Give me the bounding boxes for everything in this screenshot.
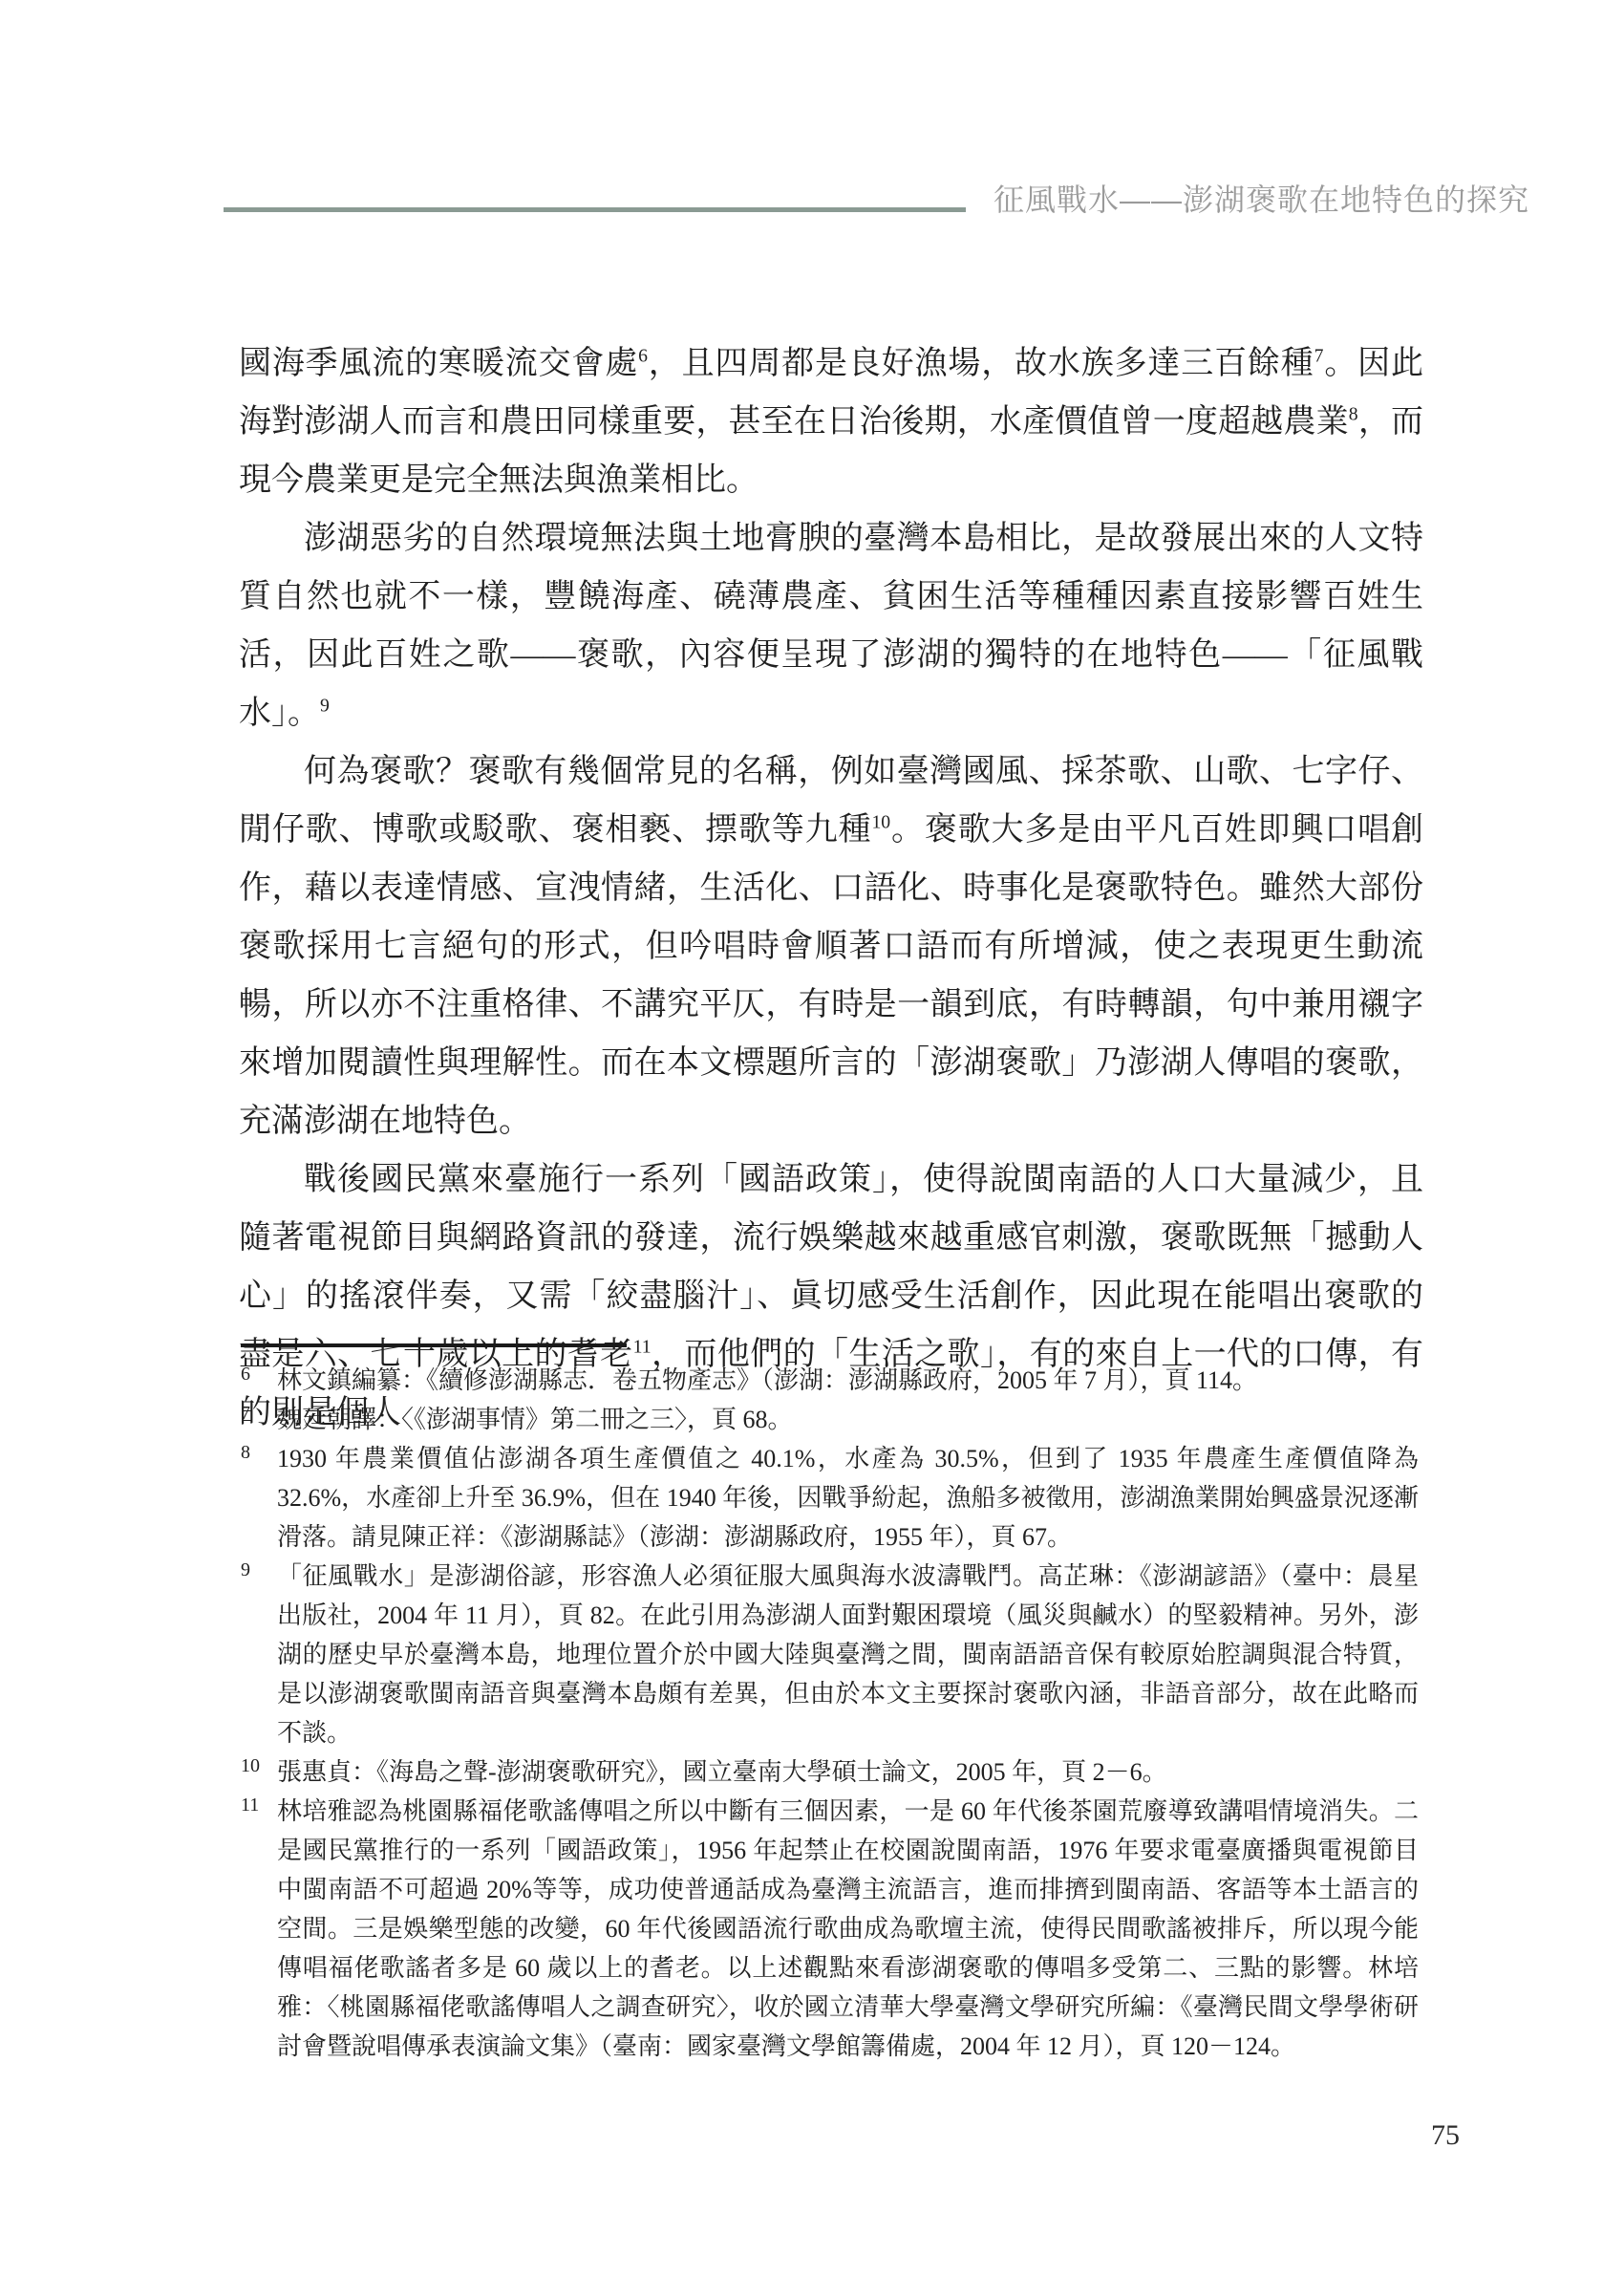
footnote-reference: 6 — [638, 346, 648, 367]
footnote-text: 魏廷朝譯：〈《澎湖事情》第二冊之三〉，頁 68。 — [277, 1406, 793, 1433]
footnote-reference: 9 — [320, 696, 330, 717]
footnote-text: 林培雅認為桃園縣福佬歌謠傳唱之所以中斷有三個因素，一是 60 年代後茶園荒廢導致… — [277, 1797, 1419, 2060]
footnote: 6林文鎮編纂：《續修澎湖縣志．卷五物產志》（澎湖：澎湖縣政府，2005 年 7 … — [239, 1361, 1419, 1400]
page-number: 75 — [1431, 2119, 1460, 2152]
footnote-number: 11 — [241, 1786, 259, 1825]
footnote-number: 10 — [241, 1747, 260, 1786]
paragraph-text: ，且四周都是良好漁場，故水族多達三百餘種 — [648, 346, 1314, 381]
document-page: 征風戰水——澎湖褒歌在地特色的探究 國海季風流的寒暖流交會處6，且四周都是良好漁… — [0, 0, 1624, 2278]
body-text: 國海季風流的寒暖流交會處6，且四周都是良好漁場，故水族多達三百餘種7。因此海對澎… — [239, 334, 1423, 1442]
footnote-number: 6 — [241, 1355, 250, 1394]
paragraph-text: 國海季風流的寒暖流交會處 — [239, 346, 638, 381]
running-head-title: 征風戰水——澎湖褒歌在地特色的探究 — [994, 176, 1490, 220]
footnote: 10張惠貞：《海島之聲-澎湖褒歌研究》，國立臺南大學碩士論文，2005 年，頁 … — [239, 1752, 1419, 1792]
footnote-number: 9 — [241, 1551, 250, 1590]
footnote-separator — [241, 1343, 627, 1347]
footnote: 9「征風戰水」是澎湖俗諺，形容漁人必須征服大風與海水波濤戰鬥。高芷琳：《澎湖諺語… — [239, 1557, 1419, 1752]
footnote-text: 1930 年農業價值佔澎湖各項生產價值之 40.1%，水產為 30.5%，但到了… — [277, 1445, 1419, 1551]
footnote-number: 7 — [241, 1394, 250, 1433]
footnotes-block: 6林文鎮編纂：《續修澎湖縣志．卷五物產志》（澎湖：澎湖縣政府，2005 年 7 … — [239, 1361, 1419, 2066]
paragraph: 國海季風流的寒暖流交會處6，且四周都是良好漁場，故水族多達三百餘種7。因此海對澎… — [239, 334, 1423, 509]
paragraph-text: 。褒歌大多是由平凡百姓即興口唱創作，藉以表達情感、宣洩情緒，生活化、口語化、時事… — [239, 812, 1423, 1139]
paragraph-text: 澎湖惡劣的自然環境無法與土地膏腴的臺灣本島相比，是故發展出來的人文特質自然也就不… — [239, 521, 1423, 731]
paragraph: 何為褒歌？褒歌有幾個常見的名稱，例如臺灣國風、採茶歌、山歌、七字仔、閒仔歌、博歌… — [239, 742, 1423, 1150]
footnote-reference: 7 — [1314, 346, 1324, 367]
footnote-text: 林文鎮編纂：《續修澎湖縣志．卷五物產志》（澎湖：澎湖縣政府，2005 年 7 月… — [277, 1366, 1257, 1394]
paragraph: 澎湖惡劣的自然環境無法與土地膏腴的臺灣本島相比，是故發展出來的人文特質自然也就不… — [239, 509, 1423, 742]
footnote-reference: 10 — [871, 812, 890, 833]
footnote-reference: 8 — [1349, 404, 1358, 425]
footnote: 11林培雅認為桃園縣福佬歌謠傳唱之所以中斷有三個因素，一是 60 年代後茶園荒廢… — [239, 1792, 1419, 2066]
header-rule — [224, 207, 966, 212]
footnote: 7魏廷朝譯：〈《澎湖事情》第二冊之三〉，頁 68。 — [239, 1400, 1419, 1439]
footnote-text: 「征風戰水」是澎湖俗諺，形容漁人必須征服大風與海水波濤戰鬥。高芷琳：《澎湖諺語》… — [277, 1562, 1419, 1747]
footnote: 81930 年農業價值佔澎湖各項生產價值之 40.1%，水產為 30.5%，但到… — [239, 1439, 1419, 1557]
footnote-reference: 11 — [633, 1337, 652, 1358]
footnote-number: 8 — [241, 1433, 250, 1472]
footnote-text: 張惠貞：《海島之聲-澎湖褒歌研究》，國立臺南大學碩士論文，2005 年，頁 2－… — [277, 1758, 1167, 1786]
